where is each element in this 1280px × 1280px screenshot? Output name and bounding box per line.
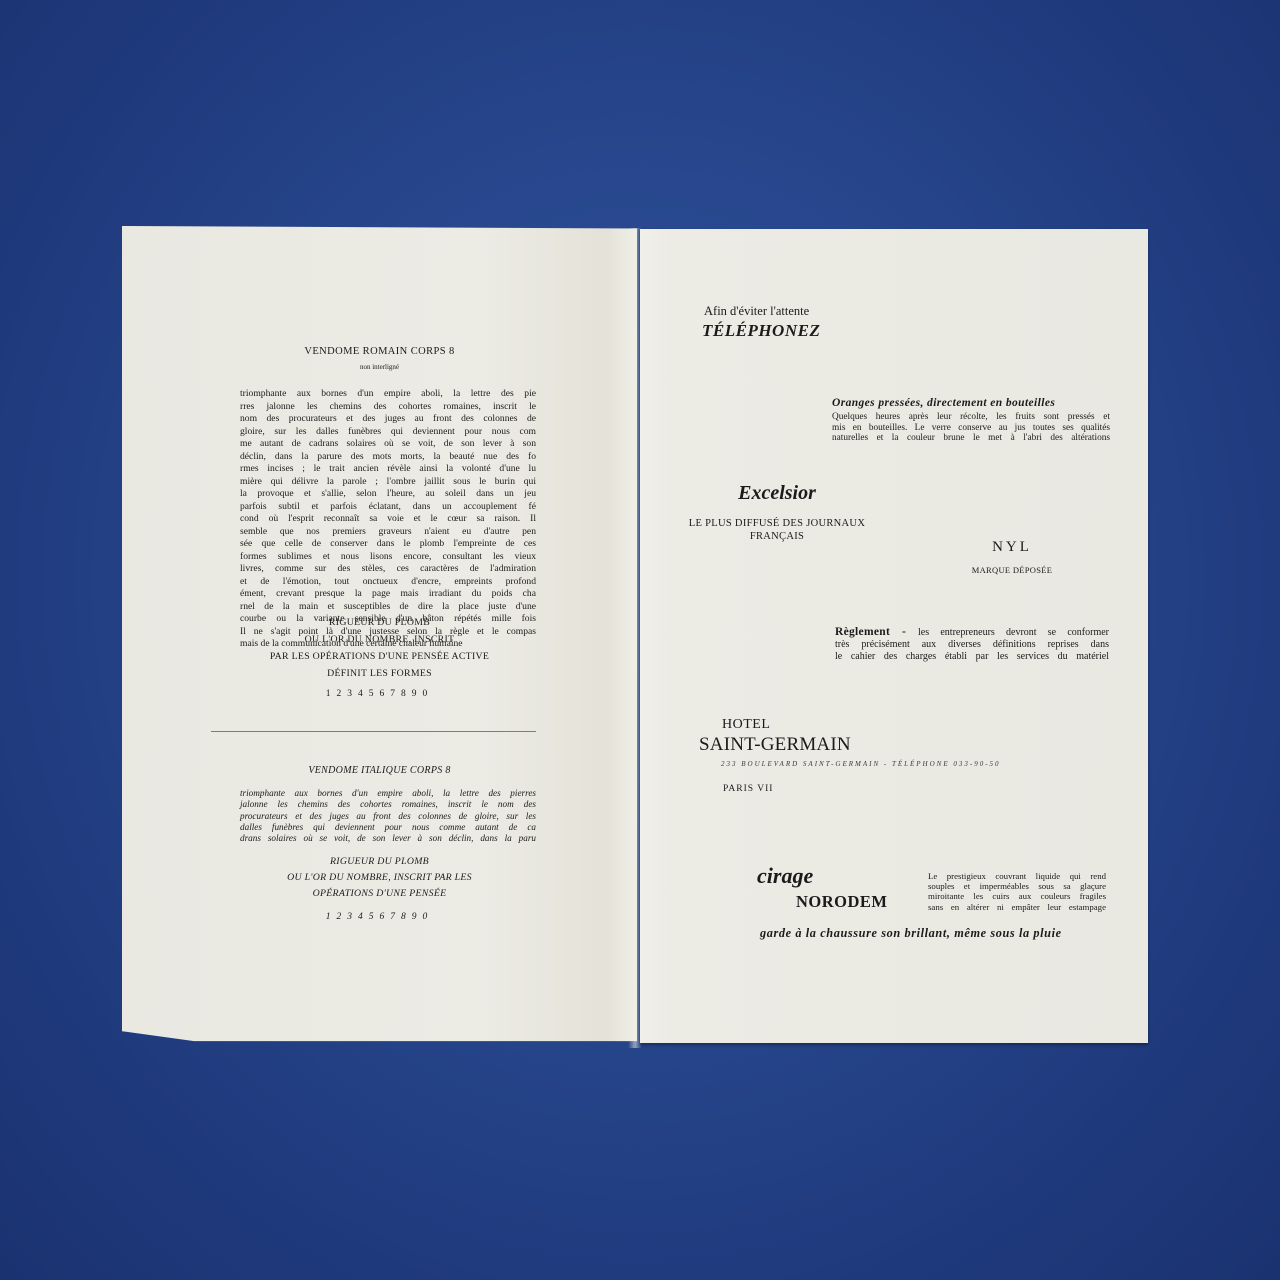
body-line: sans en altérer ni empâter leur estampag… xyxy=(928,902,1106,912)
right-page: Afin d'éviter l'attente TÉLÉPHONEZ Orang… xyxy=(640,229,1148,1043)
cirage-tagline: garde à la chaussure son brillant, même … xyxy=(760,926,1062,941)
body-line: Règlement - les entrepreneurs devront se… xyxy=(835,626,1109,639)
reglement-first-line: les entrepreneurs devront se conformer xyxy=(918,627,1109,638)
italic-specimen-title: VENDOME ITALIQUE CORPS 8 xyxy=(122,765,637,776)
hotel-address: 233 BOULEVARD SAINT-GERMAIN - TÉLÉPHONE … xyxy=(721,760,1001,768)
telephone-headline: TÉLÉPHONEZ xyxy=(702,321,820,341)
body-line: nom des procurateurs et des juges au fro… xyxy=(240,413,536,426)
body-line: naturelles et la couleur brune le met à … xyxy=(832,433,1110,444)
body-line: semble que nos premiers graveurs n'aient… xyxy=(240,526,536,539)
roman-specimen-body: triomphante aux bornes d'un empire aboli… xyxy=(240,388,536,651)
section-divider xyxy=(211,731,536,732)
body-line: rres jalonne les chemins des cohortes ro… xyxy=(240,401,536,414)
tagline-line: LE PLUS DIFFUSÉ DES JOURNAUX xyxy=(670,517,884,530)
body-line: procurateurs et des juges au front des c… xyxy=(240,811,536,822)
excelsior-tagline: LE PLUS DIFFUSÉ DES JOURNAUX FRANÇAIS xyxy=(670,517,884,543)
body-line: Quelques heures après leur récolte, les … xyxy=(832,412,1110,423)
caps-line: OU L'OR DU NOMBRE, INSCRIT xyxy=(122,631,637,648)
body-line: la provoque et s'allie, selon l'heure, a… xyxy=(240,488,536,501)
caps-line: DÉFINIT LES FORMES xyxy=(122,665,637,682)
italic-specimen-body: triomphante aux bornes d'un empire aboli… xyxy=(240,788,536,844)
body-line: jalonne les chemins des cohortes romaine… xyxy=(240,799,536,810)
body-line: et de l'émotion, tout onctueux d'encre, … xyxy=(240,576,536,589)
cirage-word: cirage xyxy=(757,863,813,889)
body-line: miroitante les cuirs aux couleurs fragil… xyxy=(928,891,1106,901)
body-line: drans solaires où se voit, de son lever … xyxy=(240,833,536,844)
reglement-separator: - xyxy=(890,626,918,638)
body-line: me autant de cadrans solaires où se voit… xyxy=(240,438,536,451)
body-line: gloire, sur les dalles funèbres qui devi… xyxy=(240,426,536,439)
norodem-brand: NORODEM xyxy=(796,892,888,912)
body-line: livres, comme sur des stèles, ces caract… xyxy=(240,563,536,576)
body-line: dalles funèbres qui deviennent pour nous… xyxy=(240,822,536,833)
hotel-city: PARIS VII xyxy=(723,784,773,794)
hotel-name: SAINT-GERMAIN xyxy=(699,734,851,756)
hotel-label: HOTEL xyxy=(722,717,770,733)
caps-line: RIGUEUR DU PLOMB xyxy=(122,614,637,631)
body-line: déclin, dans la parure des mots morts, l… xyxy=(240,451,536,464)
body-line: mis en bouteilles. Le verre conserve au … xyxy=(832,423,1110,434)
caps-line: PAR LES OPÉRATIONS D'UNE PENSÉE ACTIVE xyxy=(122,648,637,665)
body-line: rmes incises ; le trait ancien révèle ai… xyxy=(240,463,536,476)
body-line: souples et imperméables sous sa glaçure xyxy=(928,881,1106,891)
left-page: VENDOME ROMAIN CORPS 8 non interligné tr… xyxy=(122,226,637,1046)
body-line: parfois subtil et parfois éclatant, dans… xyxy=(240,501,536,514)
telephone-intro: Afin d'éviter l'attente xyxy=(704,304,809,319)
oranges-body: Quelques heures après leur récolte, les … xyxy=(832,412,1110,444)
body-line: mière qui délivre la parole ; l'ombre ja… xyxy=(240,476,536,489)
caps-line: OU L'OR DU NOMBRE, INSCRIT PAR LES xyxy=(122,870,637,886)
italic-caps-block: RIGUEUR DU PLOMB OU L'OR DU NOMBRE, INSC… xyxy=(122,854,637,902)
caps-line: RIGUEUR DU PLOMB xyxy=(122,854,637,870)
roman-specimen-subtitle: non interligné xyxy=(122,363,637,371)
body-line: très précisément aux diverses définition… xyxy=(835,639,1109,651)
body-line: triomphante aux bornes d'un empire aboli… xyxy=(240,388,536,401)
nyl-tagline: MARQUE DÉPOSÉE xyxy=(962,565,1062,575)
roman-caps-block: RIGUEUR DU PLOMB OU L'OR DU NOMBRE, INSC… xyxy=(122,614,637,682)
reglement-lead: Règlement xyxy=(835,626,890,638)
body-line: cond où l'esprit reconnaît sa voie et le… xyxy=(240,513,536,526)
excelsior-logo: Excelsior xyxy=(670,482,884,505)
caps-line: OPÉRATIONS D'UNE PENSÉE xyxy=(122,886,637,902)
italic-digits: 1234567890 xyxy=(122,912,637,922)
body-line: Le prestigieux couvrant liquide qui rend xyxy=(928,871,1106,881)
body-line: rnel de la main et susceptibles de dire … xyxy=(240,601,536,614)
body-line: le cahier des charges établi par les ser… xyxy=(835,651,1109,663)
roman-digits: 1234567890 xyxy=(122,689,637,699)
tagline-line: FRANÇAIS xyxy=(670,530,884,543)
body-line: triomphante aux bornes d'un empire aboli… xyxy=(240,788,536,799)
roman-specimen-title: VENDOME ROMAIN CORPS 8 xyxy=(122,346,637,357)
body-line: ément, crevant presque la page mais irra… xyxy=(240,588,536,601)
cirage-body: Le prestigieux couvrant liquide qui rend… xyxy=(928,871,1106,912)
nyl-logo: NYL xyxy=(962,539,1062,556)
body-line: formes sublimes et nous lisons encore, c… xyxy=(240,551,536,564)
oranges-headline: Oranges pressées, directement en bouteil… xyxy=(832,397,1055,409)
body-line: sée que celle de conserver dans le plomb… xyxy=(240,538,536,551)
reglement-block: Règlement - les entrepreneurs devront se… xyxy=(835,626,1109,663)
